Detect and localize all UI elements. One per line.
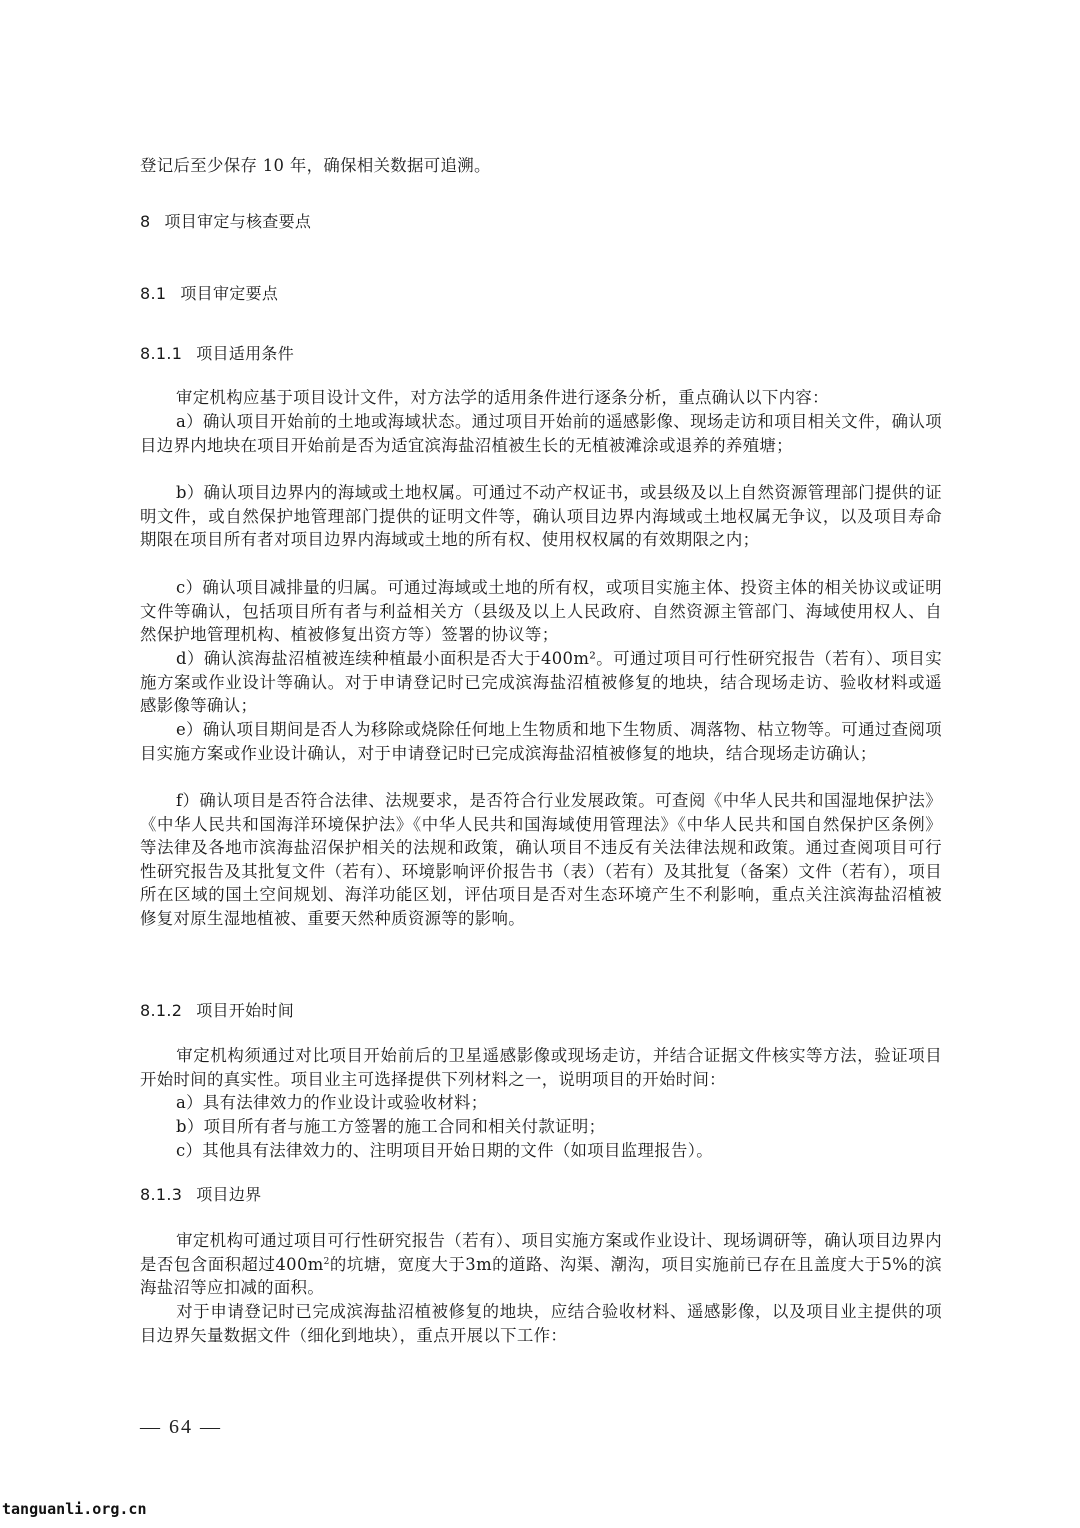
list-item-b: b）确认项目边界内的海域或土地权属。可通过不动产权证书，或县级及以上自然资源管理… (140, 481, 942, 552)
paragraph-intro-tail: 登记后至少保存 10 年，确保相关数据可追溯。 (140, 154, 942, 178)
list-item-start-a: a）具有法律效力的作业设计或验收材料； (140, 1091, 942, 1115)
list-item-a: a）确认项目开始前的土地或海域状态。通过项目开始前的遥感影像、现场走访和项目相关… (140, 410, 942, 457)
list-item-e: e）确认项目期间是否人为移除或烧除任何地上生物质和地下生物质、凋落物、枯立物等。… (140, 718, 942, 765)
heading-section-8: 8项目审定与核查要点 (140, 211, 942, 233)
paragraph-boundary-1: 审定机构可通过项目可行性研究报告（若有）、项目实施方案或作业设计、现场调研等，确… (140, 1229, 942, 1300)
heading-section-8-1-3: 8.1.3项目边界 (140, 1184, 942, 1206)
watermark: tanguanli.org.cn (2, 1500, 147, 1518)
heading-section-8-1: 8.1项目审定要点 (140, 283, 942, 305)
page-number: — 64 — (140, 1416, 222, 1439)
paragraph-start-time-lead: 审定机构须通过对比项目开始前后的卫星遥感影像或现场走访，并结合证据文件核实等方法… (140, 1044, 942, 1091)
list-item-d: d）确认滨海盐沼植被连续种植最小面积是否大于400m²。可通过项目可行性研究报告… (140, 647, 942, 718)
list-item-start-b: b）项目所有者与施工方签署的施工合同和相关付款证明； (140, 1115, 942, 1139)
heading-section-8-1-1: 8.1.1项目适用条件 (140, 343, 942, 365)
list-item-c: c）确认项目减排量的归属。可通过海域或土地的所有权，或项目实施主体、投资主体的相… (140, 576, 942, 647)
paragraph-applicability-lead: 审定机构应基于项目设计文件，对方法学的适用条件进行逐条分析，重点确认以下内容： (140, 386, 942, 410)
list-item-f: f）确认项目是否符合法律、法规要求，是否符合行业发展政策。可查阅《中华人民共和国… (140, 789, 942, 931)
list-item-start-c: c）其他具有法律效力的、注明项目开始日期的文件（如项目监理报告）。 (140, 1139, 942, 1163)
heading-section-8-1-2: 8.1.2项目开始时间 (140, 1000, 942, 1022)
paragraph-boundary-2: 对于申请登记时已完成滨海盐沼植被修复的地块，应结合验收材料、遥感影像，以及项目业… (140, 1300, 942, 1347)
